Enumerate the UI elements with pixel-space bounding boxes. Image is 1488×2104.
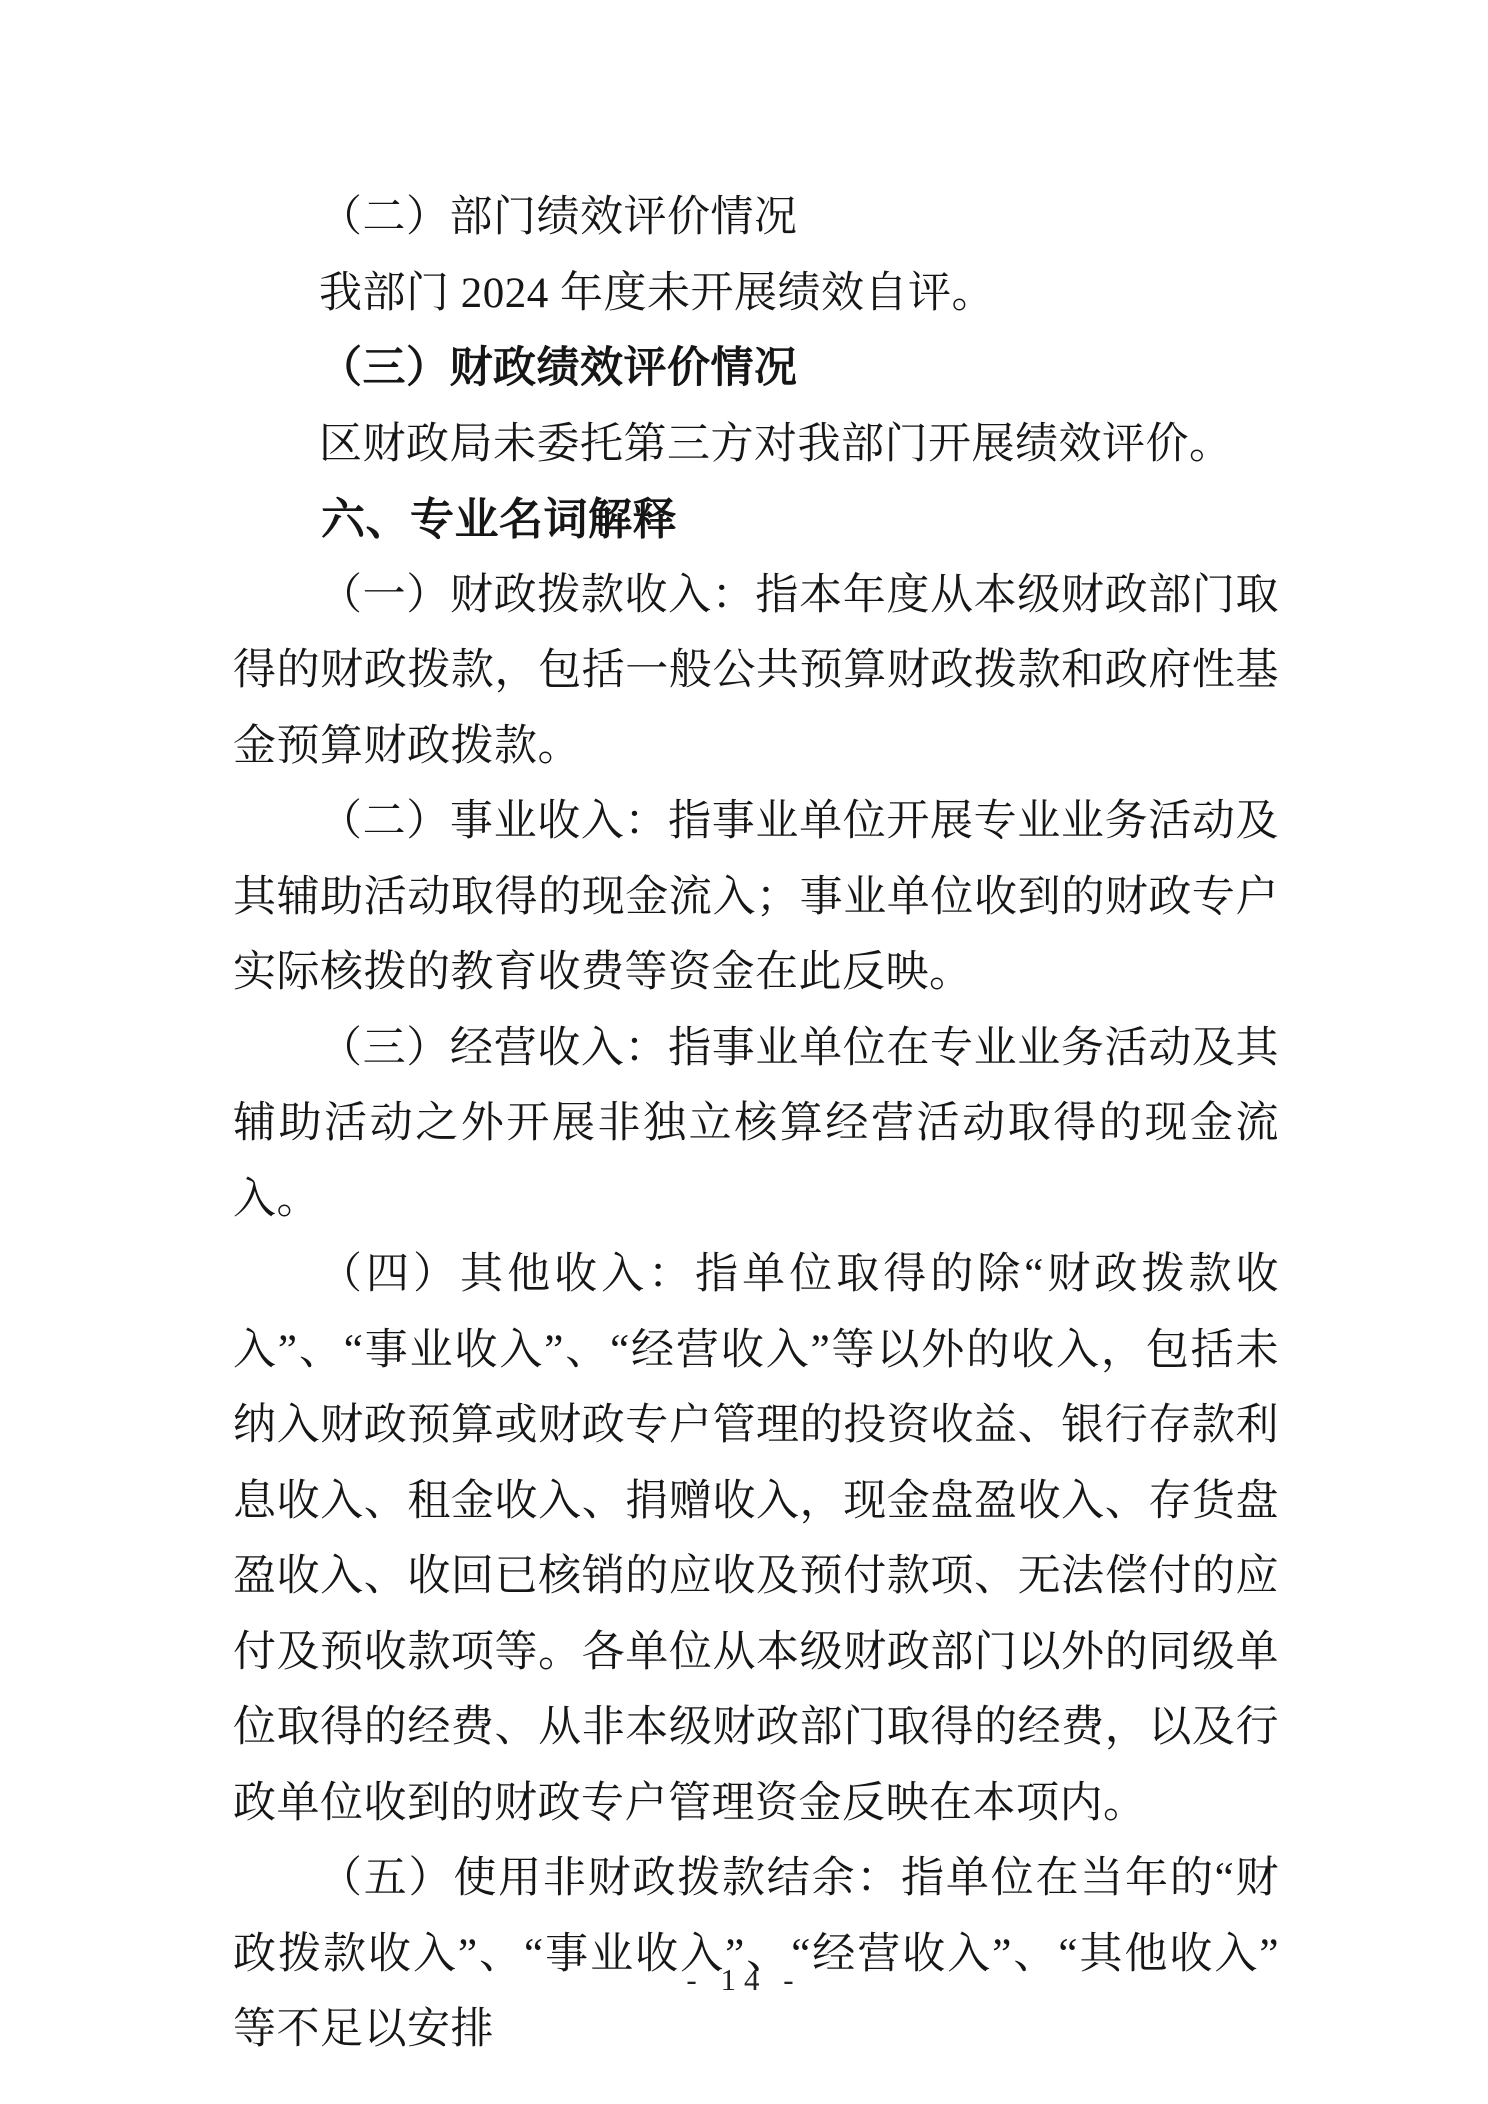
term-3-operating-income: （三）经营收入：指事业单位在专业业务活动及其辅助活动之外开展非独立核算经营活动取… — [233, 1011, 1279, 1238]
para-no-third-party-evaluation: 区财政局未委托第三方对我部门开展绩效评价。 — [233, 407, 1279, 483]
subsection-3-fiscal-performance-eval-heading: （三）财政绩效评价情况 — [233, 331, 1279, 407]
document-page: （二）部门绩效评价情况 我部门 2024 年度未开展绩效自评。 （三）财政绩效评… — [0, 0, 1488, 2104]
term-2-institutional-income: （二）事业收入：指事业单位开展专业业务活动及其辅助活动取得的现金流入；事业单位收… — [233, 784, 1279, 1011]
document-body: （二）部门绩效评价情况 我部门 2024 年度未开展绩效自评。 （三）财政绩效评… — [233, 180, 1279, 2068]
term-1-fiscal-appropriation-income: （一）财政拨款收入：指本年度从本级财政部门取得的财政拨款，包括一般公共预算财政拨… — [233, 558, 1279, 785]
page-number: - 14 - — [686, 1962, 801, 1997]
term-4-other-income: （四）其他收入：指单位取得的除“财政拨款收入”、“事业收入”、“经营收入”等以外… — [233, 1237, 1279, 1841]
section-6-terms-heading: 六、专业名词解释 — [233, 482, 1279, 558]
term-5-non-fiscal-appropriation-surplus: （五）使用非财政拨款结余：指单位在当年的“财政拨款收入”、“事业收入”、“经营收… — [233, 1841, 1279, 2068]
page-footer: - 14 - — [0, 1962, 1488, 1998]
para-no-self-evaluation: 我部门 2024 年度未开展绩效自评。 — [233, 256, 1279, 332]
subsection-2-dept-performance-eval-heading: （二）部门绩效评价情况 — [233, 180, 1279, 256]
